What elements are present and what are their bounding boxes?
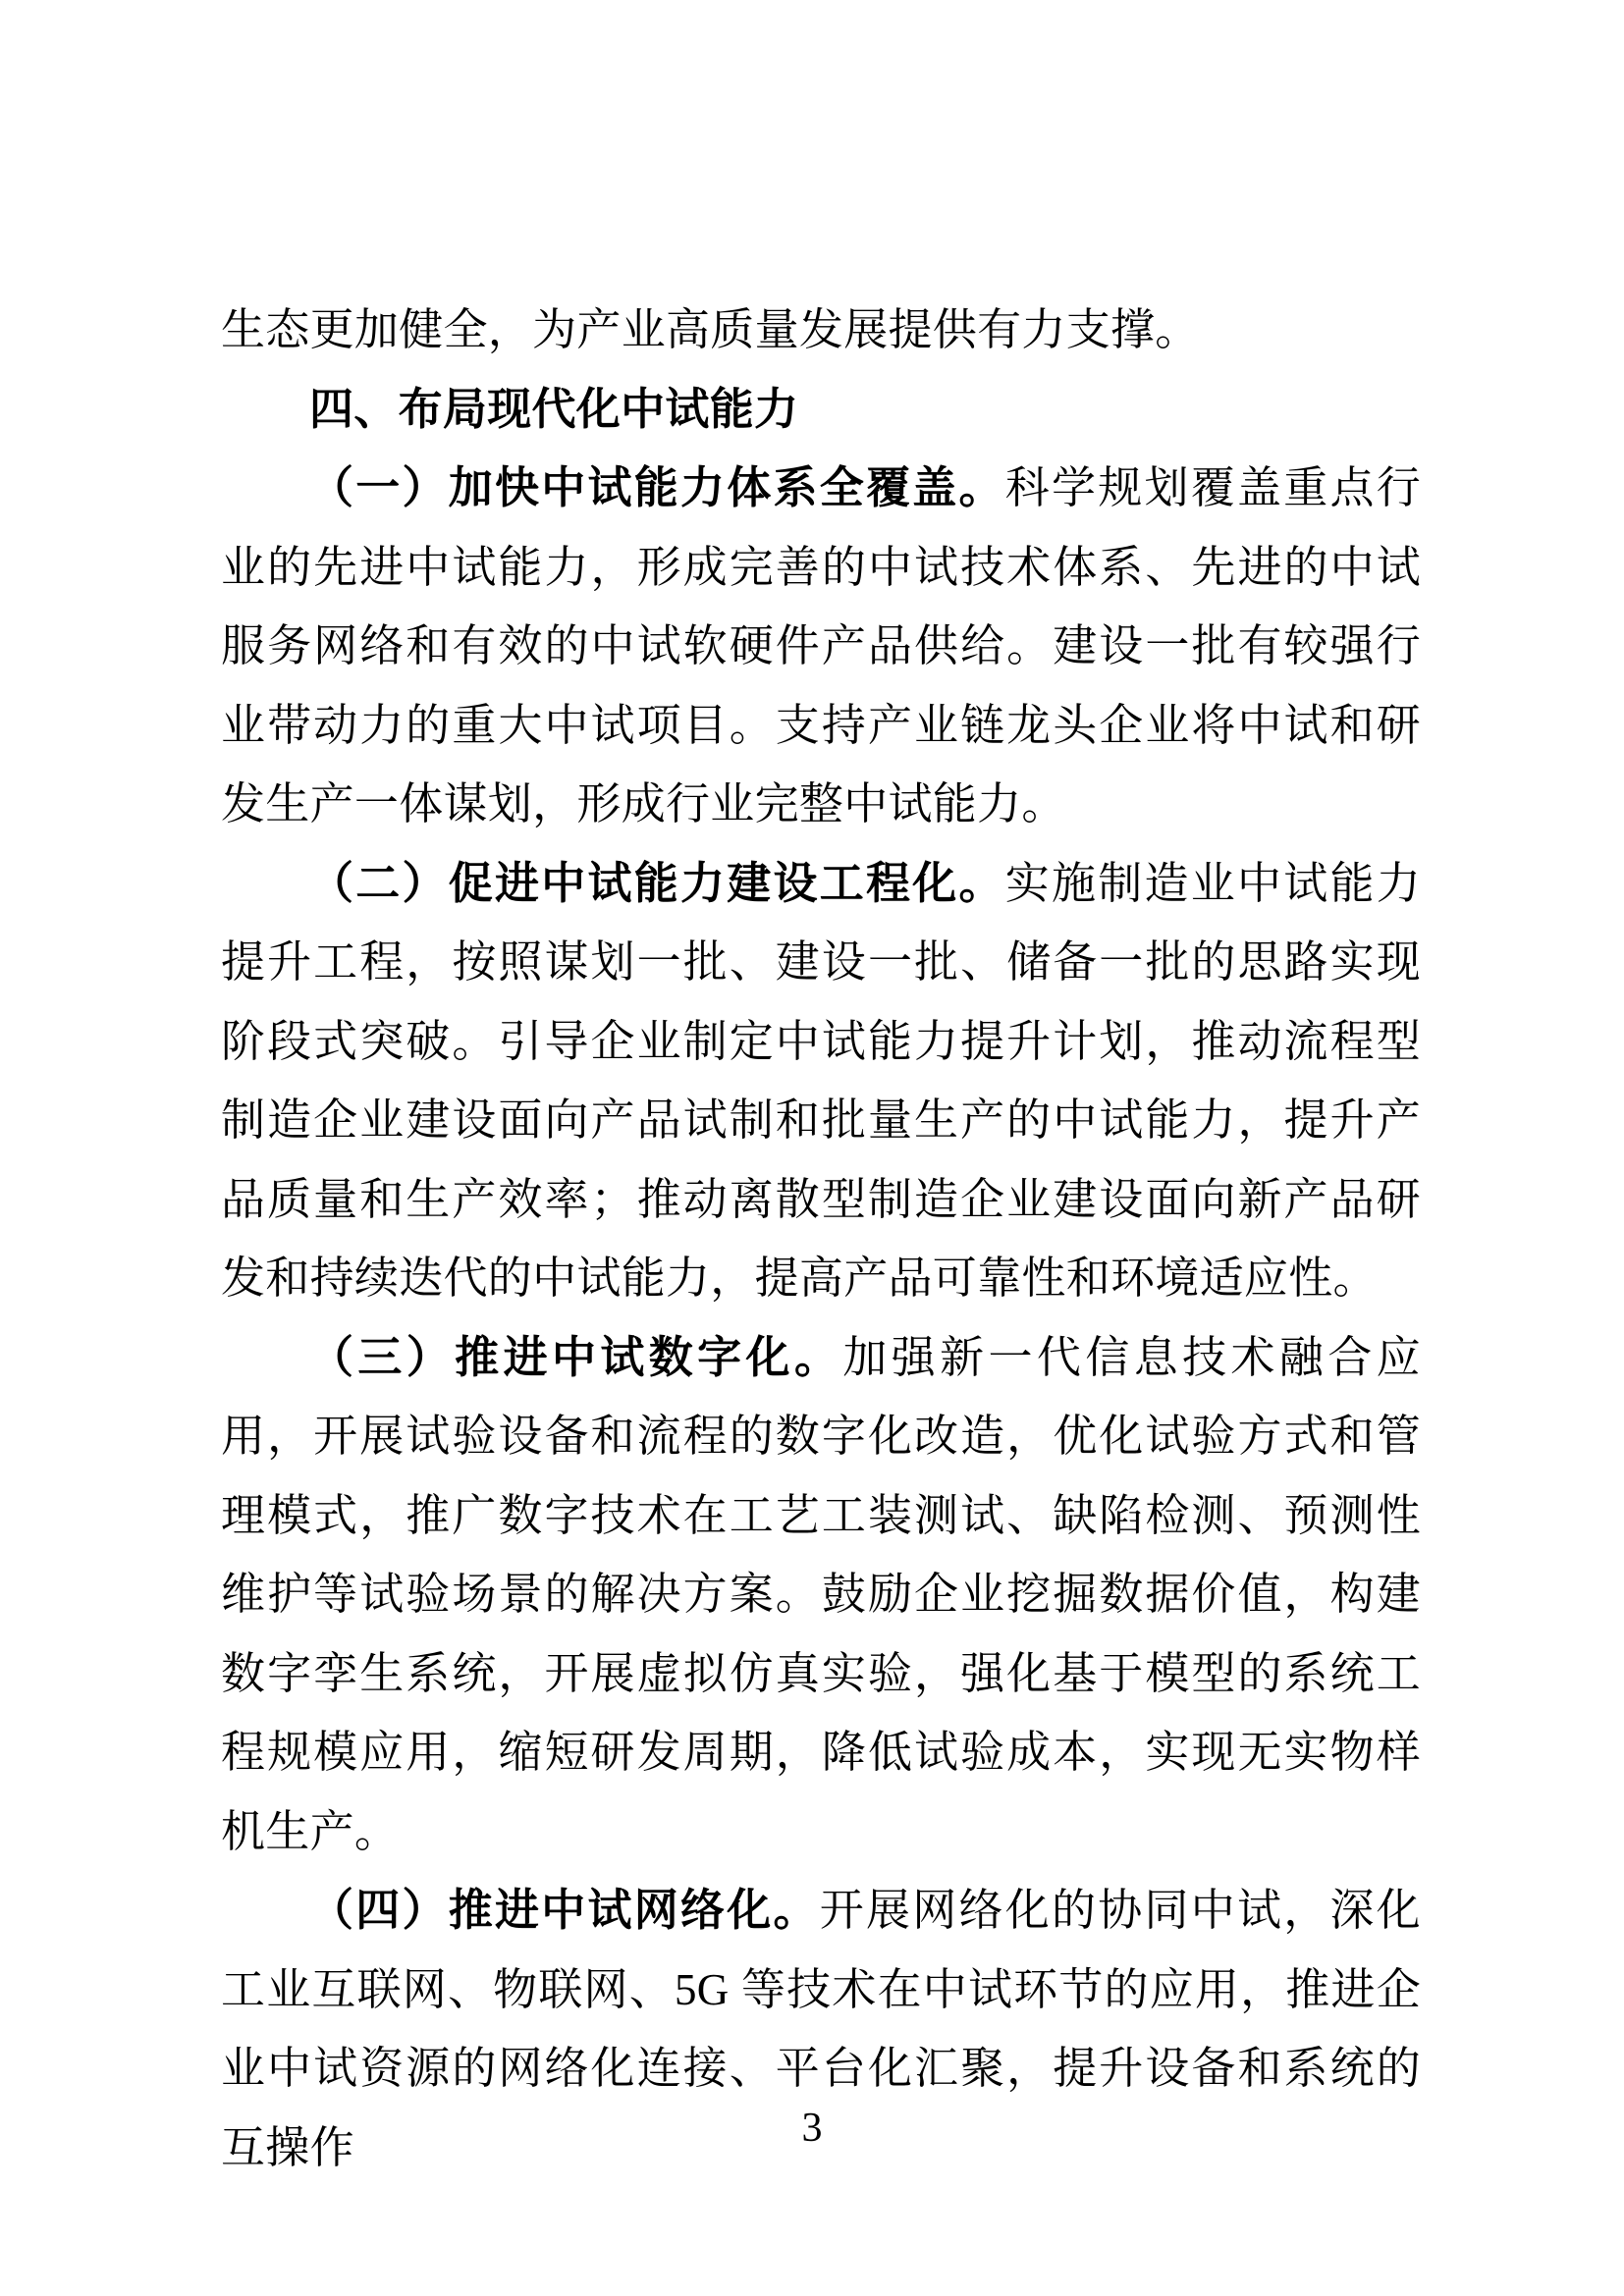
paragraph-item-1: （一）加快中试能力体系全覆盖。科学规划覆盖重点行业的先进中试能力，形成完善的中试… — [221, 449, 1421, 844]
document-body: 生态更加健全，为产业高质量发展提供有力支撑。 四、布局现代化中试能力 （一）加快… — [221, 291, 1421, 2187]
paragraph-item-3-text: 加强新一代信息技术融合应用，开展试验设备和流程的数字化改造，优化试验方式和管理模… — [221, 1333, 1421, 1856]
paragraph-item-2-text: 实施制造业中试能力提升工程，按照谋划一批、建设一批、储备一批的思路实现阶段式突破… — [221, 859, 1421, 1304]
paragraph-item-1-text: 科学规划覆盖重点行业的先进中试能力，形成完善的中试技术体系、先进的中试服务网络和… — [221, 463, 1421, 828]
paragraph-item-2-lead: （二）促进中试能力建设工程化。 — [309, 859, 1005, 908]
document-page: 生态更加健全，为产业高质量发展提供有力支撑。 四、布局现代化中试能力 （一）加快… — [0, 0, 1624, 2296]
paragraph-item-4-lead: （四）推进中试网络化。 — [309, 1886, 820, 1935]
paragraph-item-2: （二）促进中试能力建设工程化。实施制造业中试能力提升工程，按照谋划一批、建设一批… — [221, 844, 1421, 1318]
continuation-paragraph: 生态更加健全，为产业高质量发展提供有力支撑。 — [221, 291, 1421, 370]
paragraph-item-1-lead: （一）加快中试能力体系全覆盖。 — [309, 463, 1005, 512]
page-number: 3 — [0, 2104, 1624, 2153]
paragraph-item-3: （三）推进中试数字化。加强新一代信息技术融合应用，开展试验设备和流程的数字化改造… — [221, 1318, 1421, 1872]
paragraph-item-3-lead: （三）推进中试数字化。 — [309, 1333, 842, 1382]
section-heading: 四、布局现代化中试能力 — [221, 370, 1421, 450]
